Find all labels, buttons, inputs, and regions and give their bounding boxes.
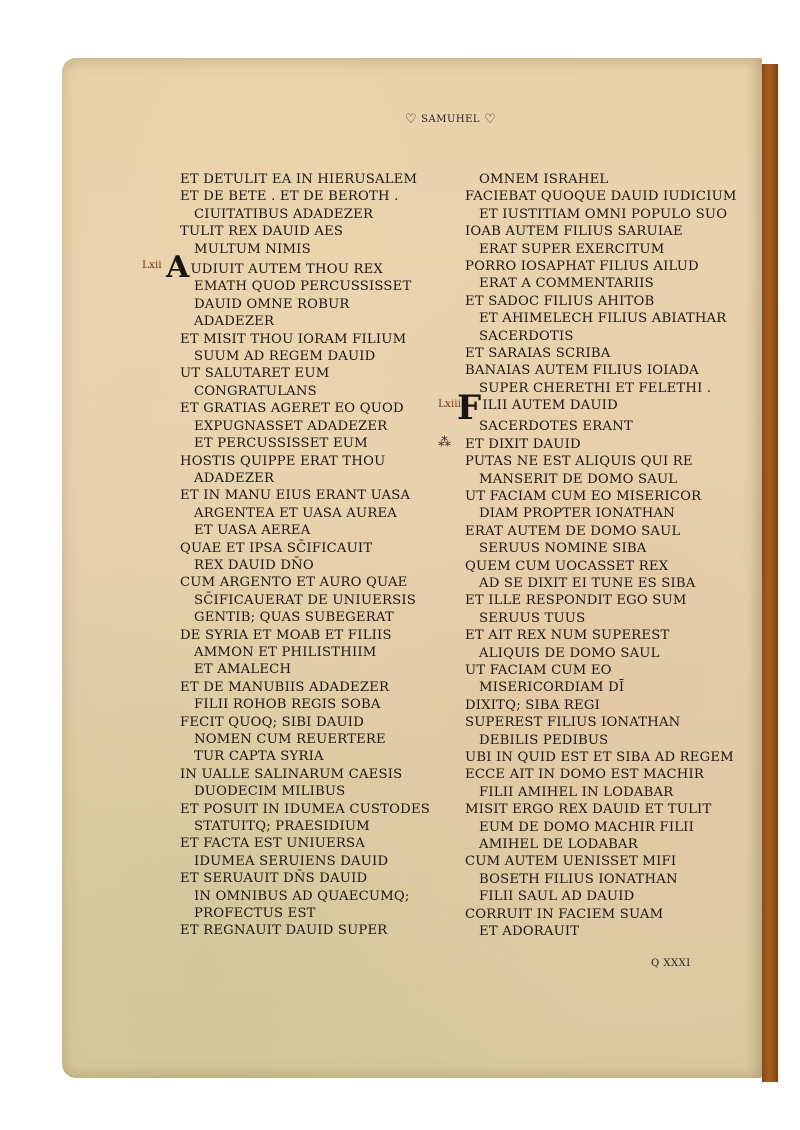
text-line: expugnasset adadezer [180,418,430,435]
text-line: tur capta syria [180,748,430,765]
line-text: Et de bete . et de beroth . [180,189,398,204]
text-line: In ualle salinarum caesis [180,766,430,783]
line-text: Et de manubiis adadezer [180,680,389,695]
text-line: ciuitatibus adadezer [180,206,430,223]
text-line: duodecim milibus [180,783,430,800]
line-text: Et ait rex num superest [465,628,669,643]
line-text: misericordiam dī [479,680,624,695]
text-line: Banaias autem filius ioiada [465,362,735,379]
line-text: expugnasset adadezer [194,419,387,434]
text-line: in omnibus ad quaecumq; [180,888,430,905]
text-line: dauid omne robur [180,296,430,313]
line-text: et amalech [194,662,291,677]
line-text: Faciebat quoque dauid iudicium [465,189,737,204]
decorated-initial: A [166,258,189,278]
chapter-number: Lxiii [438,396,461,413]
line-text: filii rohob regis soba [194,697,381,712]
line-text: debilis pedibus [479,733,608,748]
line-text: idumea seruiens dauid [194,854,388,869]
line-text: Misit ergo rex dauid et tulit [465,802,711,817]
text-line: adadezer [180,470,430,487]
line-text: sacerdotis [479,329,574,344]
text-line: amihel de lodabar [465,836,735,853]
text-line: filii amihel in lodabar [465,784,735,801]
right-text-column: omnem israhelFaciebat quoque dauid iudic… [465,171,735,940]
text-line: filii saul ad dauid [465,888,735,905]
text-line: Et detulit ea in hierusalem [180,171,430,188]
text-line: idumea seruiens dauid [180,853,430,870]
text-line: eum de domo machir filii [465,819,735,836]
line-text: et ahimelech filius abiathar [479,311,726,326]
line-text: profectus est [194,906,316,921]
line-text: suum ad regem dauid [194,349,375,364]
text-line: rex dauid dn̄o [180,557,430,574]
line-text: eum de domo machir filii [479,820,694,835]
text-line: erat super exercitum [465,241,735,258]
text-line: Et regnauit dauid super [180,922,430,939]
text-line: boseth filius ionathan [465,871,735,888]
text-line: et ahimelech filius abiathar [465,310,735,327]
text-line: profectus est [180,905,430,922]
line-text: Quae et ipsa sc̄ificauit [180,541,372,556]
line-text: in omnibus ad quaecumq; [194,889,410,904]
line-text: Et in manu eius erant uasa [180,488,410,503]
text-line: ⁂Et dixit dauid [465,436,735,453]
text-line: Et sadoc filius ahitob [465,293,735,310]
line-text: Ioab autem filius saruiae [465,224,683,239]
text-line: Ut salutaret eum [180,365,430,382]
text-line: Ecce ait in domo est machir [465,766,735,783]
line-text: Cum argento et auro quae [180,575,408,590]
line-text: filii saul ad dauid [479,889,634,904]
line-text: multum nimis [194,242,311,257]
line-text: emath quod percussisset [194,279,411,294]
text-line: Et posuit in idumea custodes [180,801,430,818]
line-text: Putas ne est aliquis qui re [465,454,693,469]
line-text: Tulit rex dauid aes [180,224,343,239]
line-text: argentea et uasa aurea [194,506,397,521]
line-text: In ualle salinarum caesis [180,767,402,782]
text-line: et percussisset eum [180,435,430,452]
text-line: Quae et ipsa sc̄ificauit [180,540,430,557]
line-text: Et ille respondit ego sum [465,593,687,608]
text-line: seruus nomine siba [465,540,735,557]
text-line: congratulans [180,383,430,400]
text-line: sacerdotis [465,328,735,345]
line-text: Ut faciam cum eo misericor [465,489,701,504]
line-text: Et regnauit dauid super [180,923,387,938]
line-text: rex dauid dn̄o [194,558,314,573]
text-line: aliquis de domo saul [465,645,735,662]
line-text: statuitq; praesidium [194,819,370,834]
text-line: hostis quippe erat thou [180,453,430,470]
text-line: Et gratias ageret eo quod [180,400,430,417]
line-text: Fecit quoq; sibi dauid [180,715,364,730]
text-line: Dixitq; siba regi [465,697,735,714]
text-line: et amalech [180,661,430,678]
text-line: seruus tuus [465,610,735,627]
text-line: Et facta est uniuersa [180,835,430,852]
text-line: gentib; quas subegerat [180,609,430,626]
text-line: et iustitiam omni populo suo [465,206,735,223]
line-text: ammon et philisthiim [194,645,377,660]
text-line: Corruit in faciem suam [465,906,735,923]
text-line: Putas ne est aliquis qui re [465,453,735,470]
line-text: nomen cum reuertere [194,732,386,747]
text-line: emath quod percussisset [180,278,430,295]
text-line: Et ille respondit ego sum [465,592,735,609]
text-line: misericordiam dī [465,679,735,696]
left-text-column: Et detulit ea in hierusalemEt de bete . … [180,171,430,940]
text-line: Ut faciam cum eo misericor [465,488,735,505]
text-line: Misit ergo rex dauid et tulit [465,801,735,818]
line-text: Ecce ait in domo est machir [465,767,704,782]
text-line: erat a commentariis [465,275,735,292]
text-line: argentea et uasa aurea [180,505,430,522]
text-line: Ubi in quid est et siba ad regem [465,749,735,766]
text-line: adadezer [180,313,430,330]
text-line: Cum argento et auro quae [180,574,430,591]
text-line: nomen cum reuertere [180,731,430,748]
text-line: manserit de domo saul [465,471,735,488]
quire-signature: Q xxxi [651,958,691,969]
text-line: De syria et moab et filiis [180,627,430,644]
running-head: ♡ Samuhel ♡ [405,112,496,127]
line-text: Banaias autem filius ioiada [465,363,699,378]
line-text: diam propter ionathan [479,506,675,521]
line-text: Porro iosaphat filius ailud [465,259,699,274]
text-line: statuitq; praesidium [180,818,430,835]
line-text: tur capta syria [194,749,324,764]
line-text: Et seruauit dn̄s dauid [180,871,367,886]
text-line: Et ait rex num superest [465,627,735,644]
text-line: Porro iosaphat filius ailud [465,258,735,275]
line-text: udiuit autem thou rex [190,262,383,277]
text-line: Erat autem de domo saul [465,523,735,540]
line-text: Ubi in quid est et siba ad regem [465,750,734,765]
heart-ornament-icon: ♡ [405,112,417,127]
line-text: congratulans [194,384,317,399]
text-line: Quem cum uocasset rex [465,558,735,575]
text-line: sacerdotes erant [465,418,735,435]
text-line: Et seruauit dn̄s dauid [180,870,430,887]
text-line: multum nimis [180,241,430,258]
paragraph-mark-icon: ⁂ [438,434,451,451]
text-line: Et saraias scriba [465,345,735,362]
line-text: filii amihel in lodabar [479,785,673,800]
text-line: Et in manu eius erant uasa [180,487,430,504]
text-line: suum ad regem dauid [180,348,430,365]
text-line: Faciebat quoque dauid iudicium [465,188,735,205]
line-text: duodecim milibus [194,784,345,799]
line-text: hostis quippe erat thou [180,454,385,469]
line-text: Et sadoc filius ahitob [465,294,654,309]
line-text: dauid omne robur [194,297,350,312]
line-text: et iustitiam omni populo suo [479,207,727,222]
text-line: debilis pedibus [465,732,735,749]
line-text: ciuitatibus adadezer [194,207,373,222]
line-text: Corruit in faciem suam [465,907,663,922]
text-line: et uasa aerea [180,522,430,539]
line-text: adadezer [194,314,274,329]
text-line: Ioab autem filius saruiae [465,223,735,240]
line-text: erat a commentariis [479,276,654,291]
text-line: ammon et philisthiim [180,644,430,661]
text-line: LxiiAudiuit autem thou rex [180,258,430,278]
text-line: omnem israhel [465,171,735,188]
line-text: Et dixit dauid [465,437,581,452]
line-text: De syria et moab et filiis [180,628,392,643]
line-text: Et posuit in idumea custodes [180,802,430,817]
line-text: Cum autem uenisset mifi [465,854,676,869]
line-text: Ut faciam cum eo [465,663,612,678]
line-text: Erat autem de domo saul [465,524,680,539]
line-text: Et gratias ageret eo quod [180,401,404,416]
text-line: filii rohob regis soba [180,696,430,713]
text-line: Cum autem uenisset mifi [465,853,735,870]
text-line: Et misit thou ioram filium [180,331,430,348]
line-text: Ut salutaret eum [180,366,329,381]
line-text: seruus nomine siba [479,541,647,556]
text-line: Ut faciam cum eo [465,662,735,679]
line-text: boseth filius ionathan [479,872,678,887]
line-text: amihel de lodabar [479,837,638,852]
line-text: Superest filius ionathan [465,715,680,730]
line-text: super cherethi et felethi . [479,381,711,396]
line-text: sacerdotes erant [479,419,633,434]
line-text: adadezer [194,471,274,486]
line-text: et adorauit [479,924,579,939]
text-line: Superest filius ionathan [465,714,735,731]
line-text: Et misit thou ioram filium [180,332,406,347]
text-line: super cherethi et felethi . [465,380,735,397]
text-line: sc̄ificauerat de uniuersis [180,592,430,609]
heart-ornament-icon: ♡ [484,112,496,127]
line-text: Dixitq; siba regi [465,698,600,713]
line-text: Et detulit ea in hierusalem [180,172,417,187]
text-line: Et de bete . et de beroth . [180,188,430,205]
text-line: LxiiiFilii autem dauid [465,397,735,418]
text-line: Tulit rex dauid aes [180,223,430,240]
line-text: sc̄ificauerat de uniuersis [194,593,416,608]
text-line: et adorauit [465,923,735,940]
line-text: omnem israhel [479,172,608,187]
line-text: erat super exercitum [479,242,664,257]
text-line: ad se dixit ei tune es siba [465,575,735,592]
running-head-title: Samuhel [421,114,480,125]
line-text: gentib; quas subegerat [194,610,394,625]
line-text: seruus tuus [479,611,585,626]
line-text: et percussisset eum [194,436,368,451]
text-line: diam propter ionathan [465,505,735,522]
line-text: et uasa aerea [194,523,310,538]
text-line: Et de manubiis adadezer [180,679,430,696]
line-text: ilii autem dauid [482,398,618,413]
chapter-number: Lxii [142,257,162,274]
line-text: manserit de domo saul [479,472,677,487]
line-text: Et saraias scriba [465,346,610,361]
line-text: Et facta est uniuersa [180,836,365,851]
line-text: aliquis de domo saul [479,646,660,661]
text-line: Fecit quoq; sibi dauid [180,714,430,731]
line-text: Quem cum uocasset rex [465,559,668,574]
line-text: ad se dixit ei tune es siba [479,576,696,591]
book-binding-edge [762,64,778,1082]
